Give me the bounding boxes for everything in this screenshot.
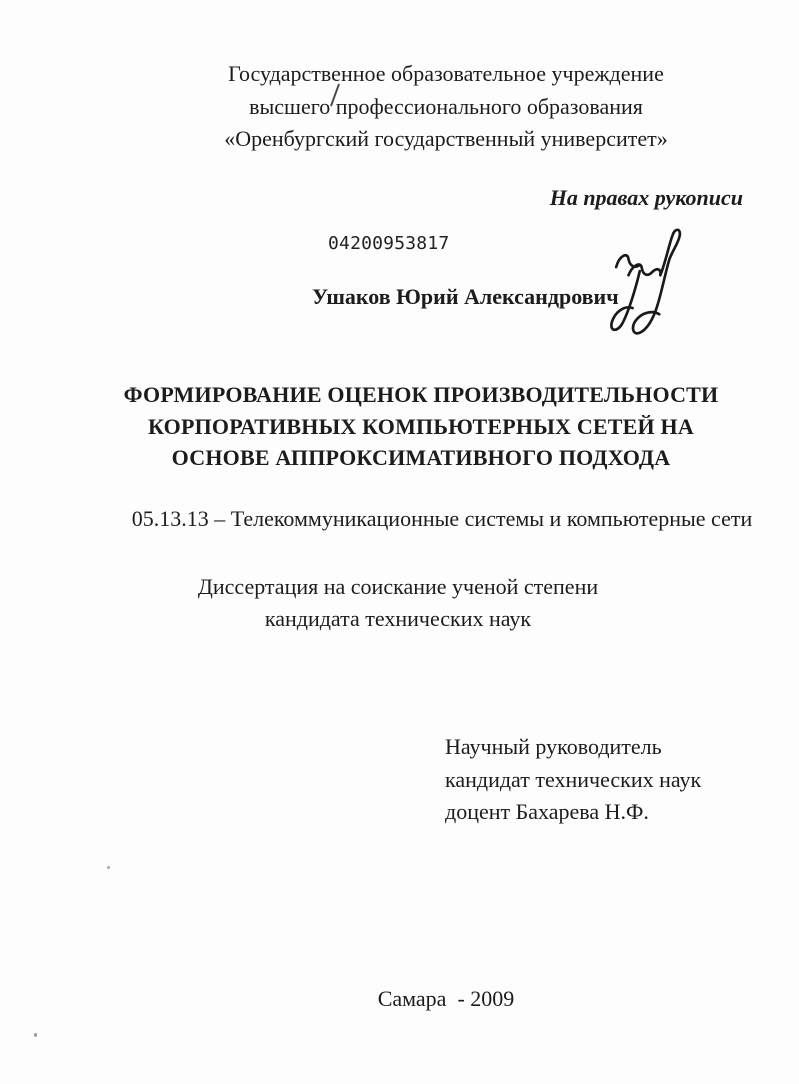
dissertation-title: ФОРМИРОВАНИЕ ОЦЕНОК ПРОИЗВОДИТЕЛЬНОСТИ К… bbox=[71, 379, 771, 474]
institution-line-1: Государственное образовательное учрежден… bbox=[96, 58, 796, 91]
specialty-line: 05.13.13 – Телекоммуникационные системы … bbox=[92, 503, 792, 534]
supervisor-role: Научный руководитель bbox=[445, 731, 701, 764]
dissertation-title-line-1: ФОРМИРОВАНИЕ ОЦЕНОК ПРОИЗВОДИТЕЛЬНОСТИ bbox=[71, 379, 771, 411]
institution-header: Государственное образовательное учрежден… bbox=[96, 58, 796, 156]
author-name: Ушаков Юрий Александрович bbox=[312, 283, 619, 311]
place-year: Самара - 2009 bbox=[96, 983, 796, 1014]
institution-line-3: «Оренбургский государственный университе… bbox=[96, 123, 796, 156]
manuscript-note: На правах рукописи bbox=[550, 184, 743, 212]
scan-artifact-speck bbox=[34, 1033, 37, 1037]
supervisor-degree: кандидат технических наук bbox=[445, 764, 701, 797]
thesis-type: Диссертация на соискание ученой степени … bbox=[48, 571, 748, 635]
signature-icon bbox=[607, 226, 691, 344]
dissertation-title-line-2: КОРПОРАТИВНЫХ КОМПЬЮТЕРНЫХ СЕТЕЙ НА bbox=[71, 411, 771, 443]
institution-line-2: высшего профессионального образования bbox=[96, 91, 796, 124]
supervisor-name: доцент Бахарева Н.Ф. bbox=[445, 796, 701, 829]
scan-artifact-speck bbox=[107, 866, 110, 869]
thesis-type-line-2: кандидата технических наук bbox=[48, 603, 748, 635]
dissertation-title-line-3: ОСНОВЕ АППРОКСИМАТИВНОГО ПОДХОДА bbox=[71, 442, 771, 474]
thesis-type-line-1: Диссертация на соискание ученой степени bbox=[48, 571, 748, 603]
stamp-number: 04200953817 bbox=[328, 232, 449, 256]
dissertation-title-page: Государственное образовательное учрежден… bbox=[0, 0, 799, 1084]
supervisor-block: Научный руководитель кандидат технически… bbox=[445, 731, 701, 829]
